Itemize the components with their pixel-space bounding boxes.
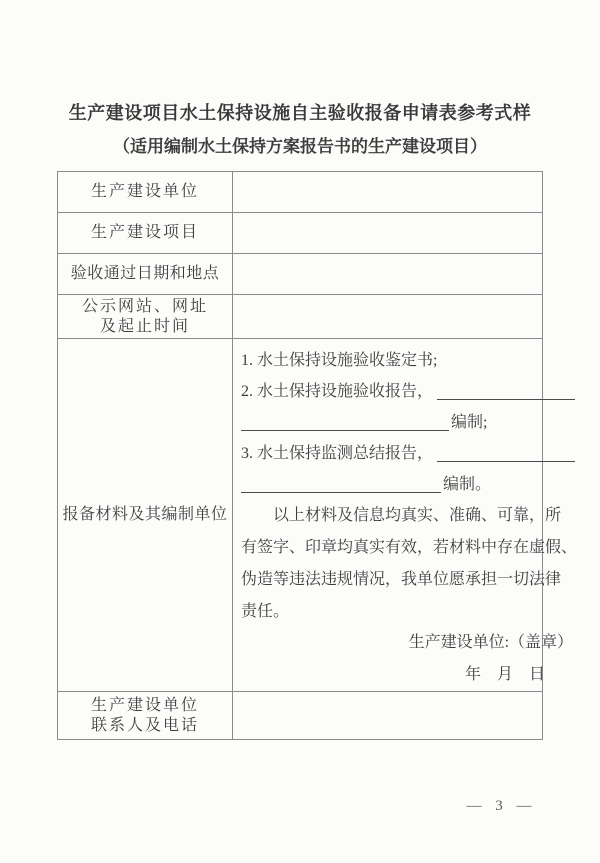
table-row-publicity: 公示网站、网址 及起止时间 xyxy=(58,295,542,340)
page-number: — 3 — xyxy=(439,798,559,815)
declaration-line: 有签字、印章均真实有效，若材料中存在虚假、 xyxy=(241,532,577,564)
page-title: 生产建设项目水土保持设施自主验收报备申请表参考式样 xyxy=(0,99,600,125)
row-value-acceptance xyxy=(233,254,542,294)
materials-item-3-continued: 编制。 xyxy=(241,469,577,500)
row-label-contact-line2: 联系人及电话 xyxy=(91,716,199,736)
row-label-materials: 报备材料及其编制单位 xyxy=(58,339,233,691)
form-table: 生产建设单位 生产建设项目 验收通过日期和地点 公示网站、网址 及起止时间 报备… xyxy=(57,171,543,740)
row-label-publicity-line1: 公示网站、网址 xyxy=(82,297,208,317)
row-label-contact-line1: 生产建设单位 xyxy=(91,696,199,716)
row-value-materials: 1. 水土保持设施验收鉴定书; 2. 水土保持设施验收报告， 编制; 3. 水土… xyxy=(233,339,583,691)
blank-underline xyxy=(437,399,575,400)
table-row-project: 生产建设项目 xyxy=(58,213,542,255)
document-page: 生产建设项目水土保持设施自主验收报备申请表参考式样 （适用编制水土保持方案报告书… xyxy=(0,0,600,863)
table-row-materials: 报备材料及其编制单位 1. 水土保持设施验收鉴定书; 2. 水土保持设施验收报告… xyxy=(58,339,542,692)
row-label-project: 生产建设项目 xyxy=(58,213,233,254)
row-label-acceptance: 验收通过日期和地点 xyxy=(58,254,233,294)
materials-item-3-text: 3. 水土保持监测总结报告， xyxy=(241,438,433,469)
declaration-line: 责任。 xyxy=(241,596,577,628)
blank-underline xyxy=(241,492,441,493)
materials-item-2-continued: 编制; xyxy=(241,407,577,438)
materials-item-2-text: 2. 水土保持设施验收报告， xyxy=(241,376,433,407)
blank-underline xyxy=(241,430,449,431)
declaration-line: 伪造等违法违规情况，我单位愿承担一切法律 xyxy=(241,564,577,596)
row-value-unit xyxy=(233,172,542,212)
table-row-acceptance: 验收通过日期和地点 xyxy=(58,254,542,295)
materials-item-2: 2. 水土保持设施验收报告， xyxy=(241,376,577,407)
row-label-publicity-line2: 及起止时间 xyxy=(100,317,190,337)
table-row-contact: 生产建设单位 联系人及电话 xyxy=(58,692,542,739)
materials-item-3-suffix: 编制。 xyxy=(443,469,491,500)
row-value-publicity xyxy=(233,295,542,339)
page-subtitle: （适用编制水土保持方案报告书的生产建设项目） xyxy=(0,132,600,157)
blank-underline xyxy=(437,461,575,462)
materials-item-3: 3. 水土保持监测总结报告， xyxy=(241,438,577,469)
row-label-publicity: 公示网站、网址 及起止时间 xyxy=(58,295,233,339)
date-line: 年 月 日 xyxy=(241,659,577,691)
row-value-contact xyxy=(233,692,542,739)
seal-line: 生产建设单位:（盖章） xyxy=(241,627,577,659)
row-value-project xyxy=(233,213,542,254)
table-row-unit: 生产建设单位 xyxy=(58,172,542,213)
materials-item-2-suffix: 编制; xyxy=(451,407,487,438)
row-label-unit: 生产建设单位 xyxy=(58,172,233,212)
materials-item-1: 1. 水土保持设施验收鉴定书; xyxy=(241,345,577,376)
row-label-contact: 生产建设单位 联系人及电话 xyxy=(58,692,233,739)
declaration-line: 以上材料及信息均真实、准确、可靠，所 xyxy=(241,500,577,532)
